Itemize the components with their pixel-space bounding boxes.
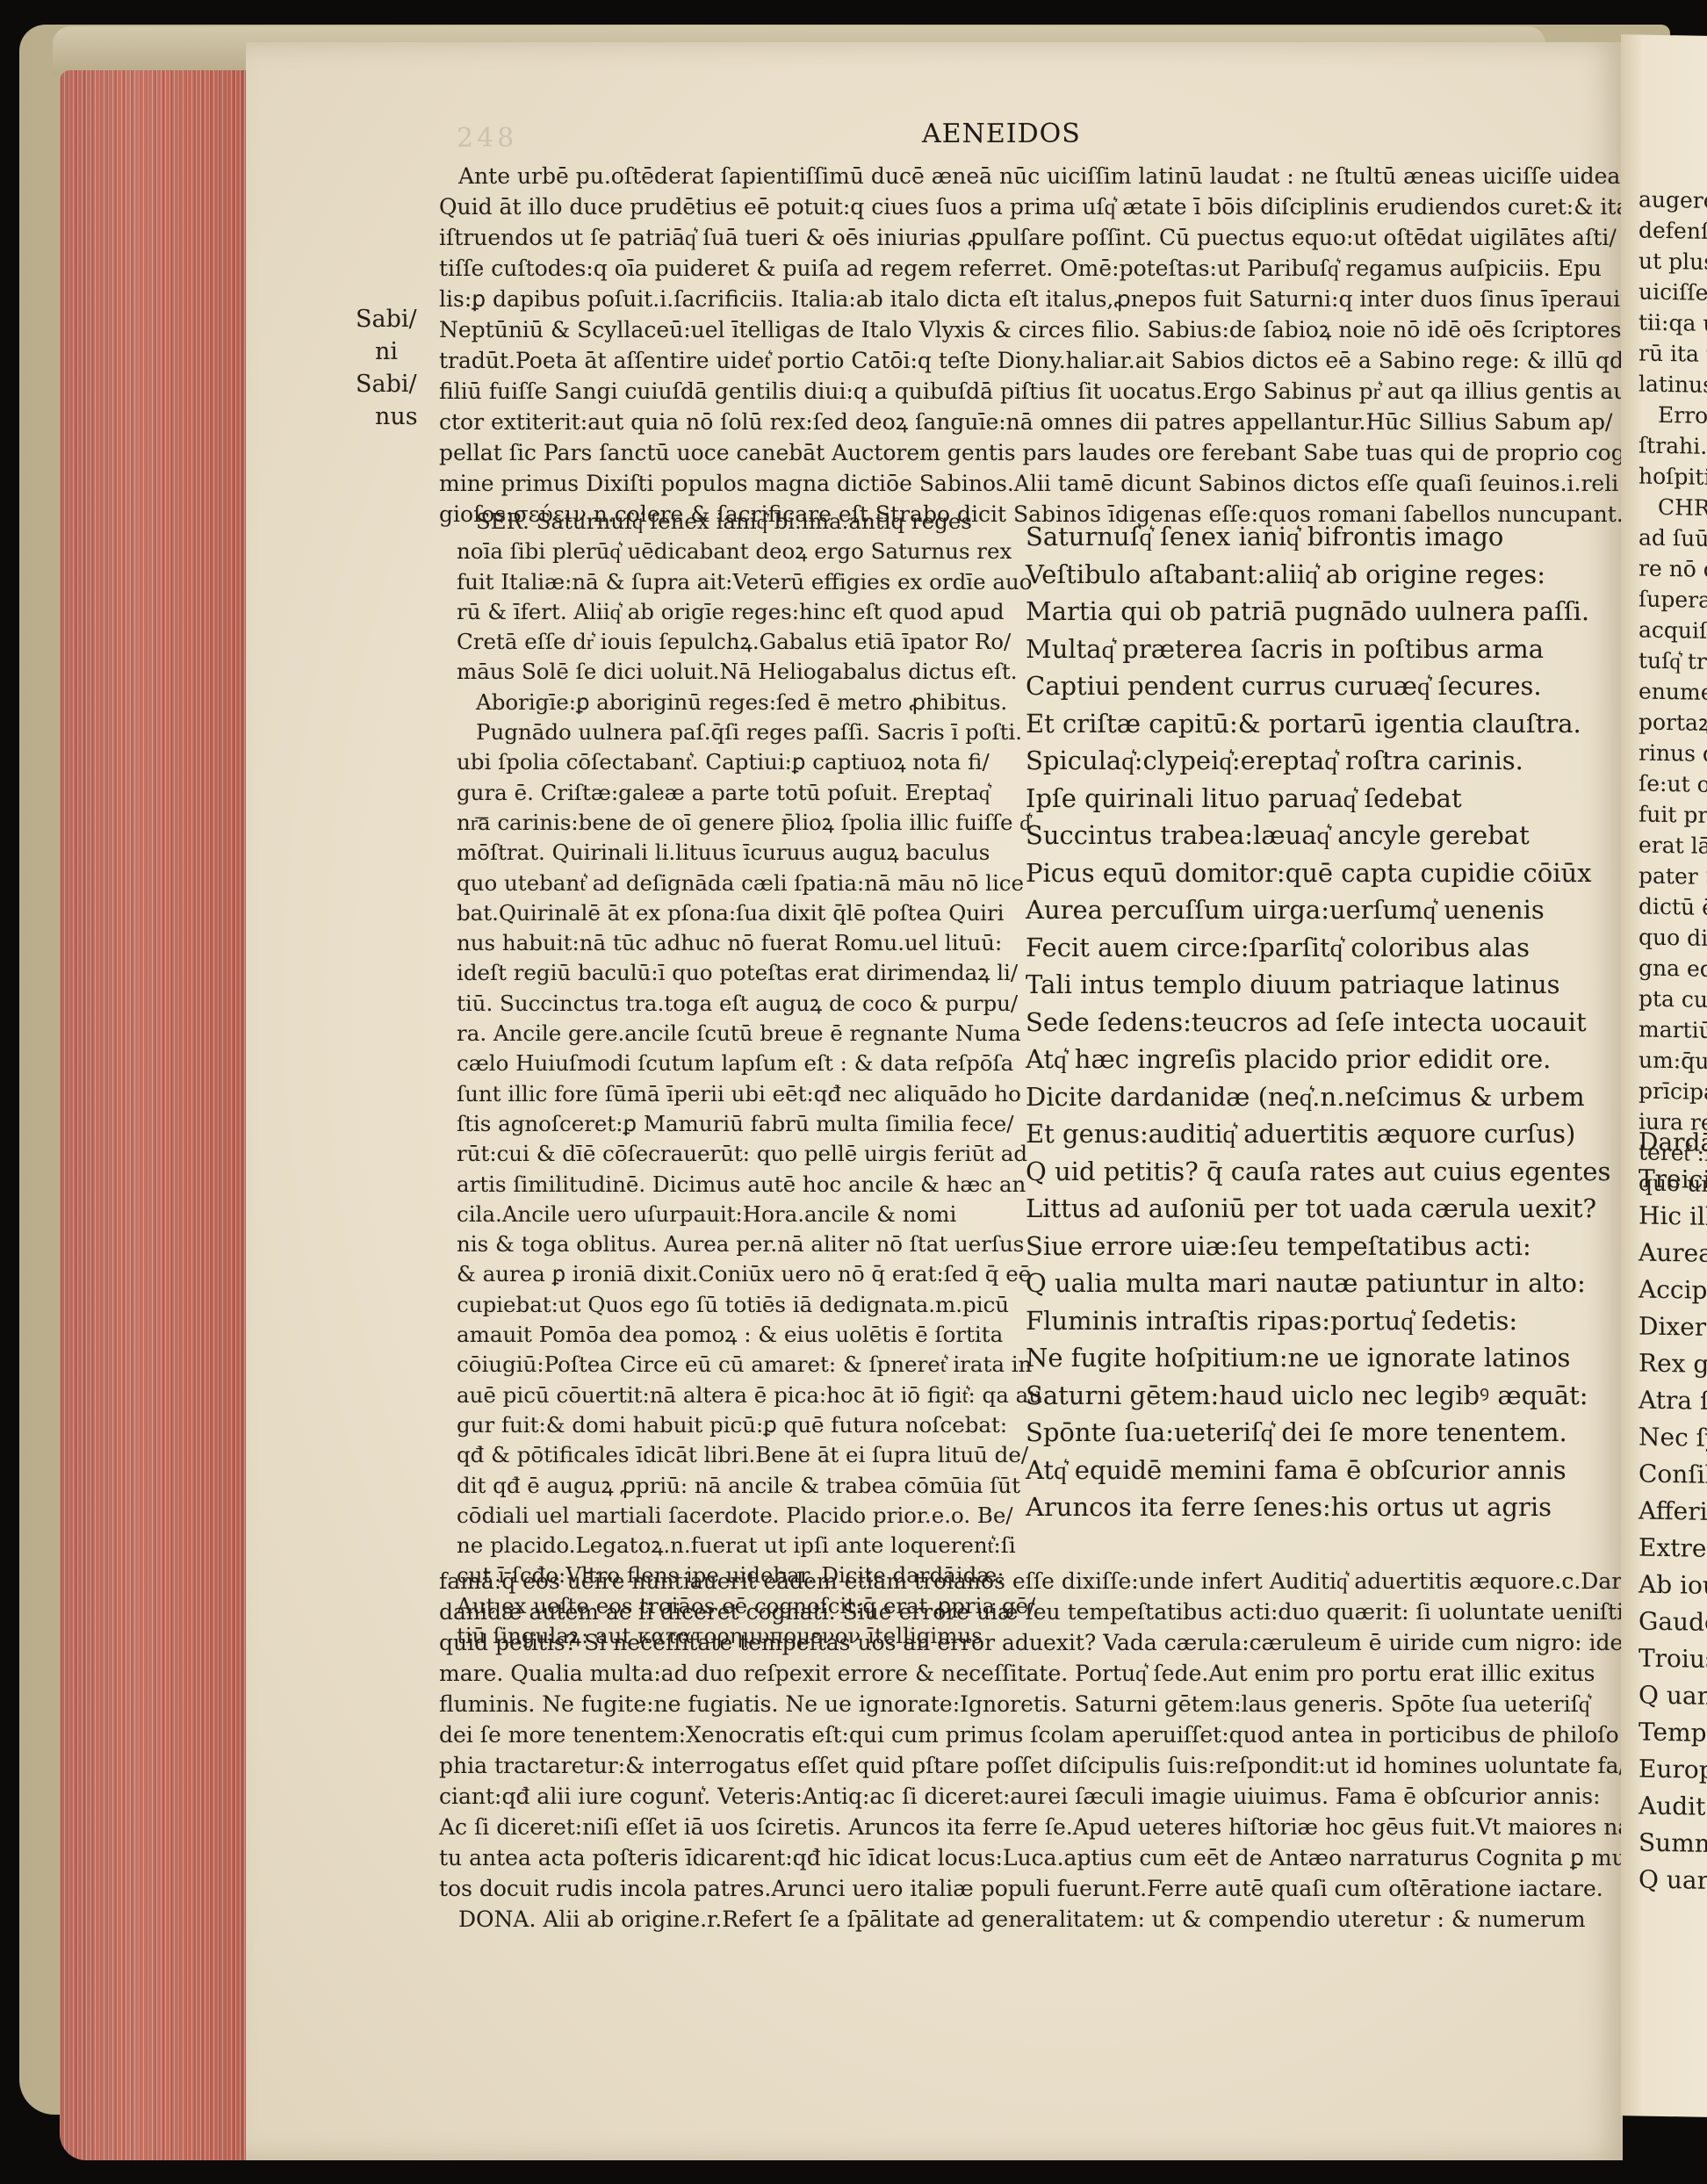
facing-verse-line: Dixerat [1639,1308,1707,1346]
text-line: mine primus Dixiſti populos magna dictiō… [439,468,1581,499]
facing-line: defenſio [1639,214,1707,247]
facing-verse-line: Ab ioue [1639,1566,1707,1604]
verse-line: Succintus trabea:læuaq͛ ancyle gerebat [1026,817,1588,854]
commentary-line: tiū. Succinctus tra.toga eſt auguꝝ de co… [457,989,1019,1019]
text-line: dei ſe more tenentem:Xenocratis eſt:qui … [439,1719,1581,1750]
text-line: ciant:qđ alii iure cogunt͛. Veteris:Anti… [439,1781,1581,1812]
text-line: iſtruendos ut ſe patriāq͛ ſuā tueri & oē… [439,222,1581,253]
commentary-line: cila.Ancile uero uſurpauit:Hora.ancile &… [457,1200,1019,1229]
verse-line: Saturni gētem:haud uiclo nec legibꝰ æquā… [1026,1377,1588,1415]
text-line: tiſſe cuſtodes:q oīa puideret & puiſa ad… [439,253,1581,284]
facing-line: Errore [1639,399,1707,431]
marginal-line: nus [356,400,418,433]
text-line: Quid āt illo duce prudētius eē potuit:q … [439,191,1581,222]
facing-line: ut plus a [1639,245,1707,278]
running-head: AENEIDOS [922,119,1081,149]
facing-verse-line: Hic illu [1639,1197,1707,1236]
top-commentary: Ante urbē pu.oſtēderat ſapientiſſimū duc… [439,161,1581,530]
text-line: pellat ſic Pars ſanctū uoce canebāt Auct… [439,437,1581,468]
red-page-edges [60,70,263,2160]
facing-verse-line: Summ [1639,1824,1707,1863]
facing-verse-line: Tempe [1639,1713,1707,1752]
verse-line: Atq͛ equidē memini fama ē obſcurior anni… [1026,1452,1588,1489]
facing-line: gna eque [1639,952,1707,984]
verse-line: Picus equū domitor:quē capta cupidie cōi… [1026,854,1588,892]
commentary-line: cælo Huiuſmodi ſcutum lapſum eſt : & dat… [457,1049,1019,1078]
verse-line: Fecit auem circe:ſparſitq͛ coloribus ala… [1026,929,1588,967]
commentary-line: māus Solē ſe dici uoluit.Nā Heliogabalus… [457,657,1019,687]
facing-line: pater Ste [1639,860,1707,892]
show-through-page-number: 248 [457,123,517,154]
commentary-line: amauit Pomōa dea pomoꝝ : & eius uolētis … [457,1320,1019,1350]
verse-line: Q uid petitis? q̄ cauſa rates aut cuius … [1026,1153,1588,1191]
facing-line: re nō dul [1639,552,1707,585]
commentary-line: fuit Italiæ:nā & ſupra ait:Veterū effigi… [457,567,1019,597]
facing-verse-line: Extrem [1639,1529,1707,1568]
commentary-line: ſtis agnoſceret:ꝑ Mamuriū fabrū multa ſi… [457,1109,1019,1139]
text-line: ctor extiterit:aut quia nō ſolū rex:ſed … [439,407,1581,437]
facing-verse-line: Treicia [1639,1160,1707,1199]
commentary-line: & aurea ꝑ ironiā dixit.Coniūx uero nō q̄… [457,1259,1019,1289]
verse-line: Atq͛ hæc ingreſis placido prior edidit o… [1026,1041,1588,1078]
facing-verse-line: Conſilic [1639,1455,1707,1494]
commentary-line: ne placido.Legatoꝝ.n.fuerat ut ipſi ante… [457,1531,1019,1561]
text-line: tradūt.Poeta āt aſſentire uidet͛ portio … [439,345,1581,376]
facing-page-verse: DardāuTreiciaHic illuAurea nAccipitDixer… [1639,1123,1707,1899]
verse-column: Saturnuſq͛ ſenex ianiq͛ bifrontis imagoV… [1026,518,1588,1526]
commentary-line: cōdiali uel martiali ſacerdote. Placido … [457,1501,1019,1531]
marginal-line: ni [356,335,418,368]
commentary-line: gura ē. Criſtæ:galeæ a parte totū poſuit… [457,778,1019,808]
facing-line: acquiſiue [1639,614,1707,646]
text-line: fluminis. Ne fugite:ne fugiatis. Ne ue i… [439,1689,1581,1719]
text-line: danidæ autem ac ſi diceret cognati. Siue… [439,1597,1581,1627]
verse-line: Multaq͛ præterea ſacris in poſtibus arma [1026,631,1588,668]
text-line: famā:q̄ eos uēire nuntiauerit eādem etia… [439,1566,1581,1597]
commentary-line: nus habuit:nā tūc adhuc nō fuerat Romu.u… [457,928,1019,958]
text-line: lis:ꝑ dapibus poſuit.i.ſacrificiis. Ital… [439,284,1581,314]
facing-verse-line: Dardāu [1639,1123,1707,1162]
verse-line: Fluminis intraſtis ripas:portuq͛ ſedetis… [1026,1302,1588,1340]
verse-line: Et criſtæ capitū:& portarū igentia clauſ… [1026,705,1588,743]
commentary-line: Cretā eſſe dr͛ iouis ſepulchꝝ.Gabalus et… [457,627,1019,657]
facing-verse-line: Europa [1639,1750,1707,1789]
verse-line: Spōnte ſua:ueteriſq͛ dei ſe more tenente… [1026,1414,1588,1452]
facing-line: erat lāpe [1639,829,1707,861]
facing-verse-line: Aurea n [1639,1234,1707,1272]
verse-line: Captiui pendent currus curuæq͛ ſecures. [1026,667,1588,705]
text-line: Neptūniū & Scyllaceū:uel ītelligas de It… [439,314,1581,345]
facing-line: fuit prim [1639,798,1707,831]
commentary-line: ubi ſpolia cōſectabant͛. Captiui:ꝑ capti… [457,747,1019,777]
commentary-column: SER. Saturnuſq͛ ſenex ianiq͛ bi.ima.anti… [457,507,1019,1651]
facing-verse-line: Gaudet [1639,1603,1707,1641]
verse-line: Saturnuſq͛ ſenex ianiq͛ bifrontis imago [1026,518,1588,556]
facing-verse-line: Nec ſyc [1639,1418,1707,1457]
commentary-line: qđ & pōtificales īdicāt libri.Bene āt ei… [457,1440,1019,1470]
facing-verse-line: Rex gē [1639,1344,1707,1383]
facing-line: enumera [1639,675,1707,708]
commentary-line: auē picū cōuertit:nā altera ē pica:hoc ā… [457,1380,1019,1410]
facing-line: rinus dic [1639,737,1707,769]
facing-line: tuſq͛ tre [1639,645,1707,677]
verse-line: Sede ſedens:teucros ad ſeſe intecta uoca… [1026,1004,1588,1042]
text-line: mare. Qualia multa:ad duo reſpexit error… [439,1658,1581,1689]
commentary-line: dit qđ ē auguꝝ ꝓpriū: nā ancile & trabea… [457,1471,1019,1501]
commentary-line: ideſt regiū baculū:ī quo poteſtas erat d… [457,958,1019,988]
bottom-commentary: famā:q̄ eos uēire nuntiauerit eādem etia… [439,1566,1581,1935]
commentary-line: nis & toga oblitus. Aurea per.nā aliter … [457,1229,1019,1259]
facing-verse-line: Atra ſul [1639,1381,1707,1420]
facing-line: hoſpitiu [1639,460,1707,493]
facing-line: ad ſuū cō [1639,522,1707,554]
facing-line: dictū ē. [1639,890,1707,923]
recto-page-edge: augeret.defenſiout plus auiciſſe.tii:qa … [1621,34,1707,2117]
commentary-line: cupiebat:ut Quos ego ſū totiēs iā dedign… [457,1290,1019,1320]
commentary-line: SER. Saturnuſq͛ ſenex ianiq͛ bi.ima.anti… [457,507,1019,537]
commentary-line: quo utebant͛ ad deſignāda cæli ſpatia:nā… [457,869,1019,898]
text-line: DONA. Alii ab origine.r.Refert ſe a ſpāl… [439,1904,1581,1935]
commentary-line: ſunt illic fore ſūmā īperii ubi eēt:qđ n… [457,1079,1019,1109]
facing-line: rū ita tra [1639,337,1707,370]
commentary-line: nr͞a carinis:bene de oī genere p̄lioꝝ ſp… [457,808,1019,838]
facing-line: ſuperaſſe [1639,583,1707,616]
facing-line: tii:qa ue [1639,306,1707,339]
commentary-line: gur fuit:& domi habuit picū:ꝑ quē futura… [457,1410,1019,1440]
text-line: quid petitis? Si neceſſitate tempeſtas u… [439,1627,1581,1658]
facing-line: pta cupi [1639,983,1707,1015]
marginal-note: Sabi/niSabi/nus [356,303,418,433]
verse-line: Aurea percuſſum uirga:uerſumq͛ uenenis [1026,891,1588,929]
facing-verse-line: Q uar [1639,1861,1707,1899]
verse-line: Siue errore uiæ:ſeu tempeſtatibus acti: [1026,1228,1588,1265]
facing-line: ſe:ut oſte [1639,768,1707,800]
facing-verse-line: Q uan [1639,1676,1707,1715]
commentary-line: noīa ſibi plerūq͛ uēdicabant deoꝝ ergo S… [457,537,1019,566]
facing-line: CHRI. [1639,491,1707,523]
commentary-line: mōſtrat. Quirinali li.lituus īcuruus aug… [457,838,1019,868]
text-line: phia tractaretur:& interrogatus eſſet qu… [439,1750,1581,1781]
marginal-line: Sabi/ [356,303,418,335]
facing-line: portaꝝ:e [1639,706,1707,739]
commentary-line: rūt:cui & dīē cōſecrauerūt: quo pellē ui… [457,1139,1019,1169]
facing-line: augeret. [1639,184,1707,216]
commentary-line: cōiugiū:Poſtea Circe eū cū amaret: & ſpn… [457,1350,1019,1380]
verse-line: Spiculaq͛:clypeiq͛:ereptaq͛ roſtra carin… [1026,742,1588,780]
commentary-line: ra. Ancile gere.ancile ſcutū breue ē reg… [457,1019,1019,1049]
verse-line: Ne fugite hoſpitium:ne ue ignorate latin… [1026,1339,1588,1377]
commentary-line: Pugnādo uulnera paſ.q̄ſi reges paſſi. Sa… [457,717,1019,747]
verse-line: Et genus:auditiq͛ aduertitis æquore curſ… [1026,1115,1588,1153]
commentary-line: Aborigīe:ꝑ aboriginū reges:ſed ē metro ꝓ… [457,688,1019,717]
facing-line: uiciſſe. [1639,276,1707,308]
commentary-line: bat.Quirinalē āt ex pſona:ſua dixit q̄lē… [457,898,1019,928]
verse-line: Littus ad auſoniū per tot uada cærula ue… [1026,1190,1588,1228]
text-line: filiū fuiſſe Sangi cuiuſdā gentilis diui… [439,376,1581,407]
verse-line: Tali intus templo diuum patriaque latinu… [1026,966,1588,1004]
verse-line: Ipſe quirinali lituo paruaq͛ ſedebat [1026,780,1588,818]
text-line: Ac ſi diceret:niſi eſſet iā uos ſciretis… [439,1812,1581,1842]
verse-line: Dicite dardanidæ (neq͛.n.neſcimus & urbe… [1026,1078,1588,1116]
facing-line: prīcipal [1639,1075,1707,1107]
verse-line: Martia qui ob patriā pugnādo uulnera paſ… [1026,593,1588,631]
commentary-line: artis ſimilitudinē. Dicimus autē hoc anc… [457,1170,1019,1200]
facing-page-commentary: augeret.defenſiout plus auiciſſe.tii:qa … [1639,184,1707,1200]
facing-verse-line: Troius : [1639,1640,1707,1678]
facing-verse-line: Afferim [1639,1492,1707,1531]
verse-line: Q ualia multa mari nautæ patiuntur in al… [1026,1265,1588,1302]
text-line: Ante urbē pu.oſtēderat ſapientiſſimū duc… [439,161,1581,191]
facing-line: um:q̄ui [1639,1044,1707,1077]
facing-verse-line: Audit: [1639,1787,1707,1826]
text-line: tu antea acta poſteris īdicarent:qđ hic … [439,1842,1581,1873]
text-line: tos docuit rudis incola patres.Arunci ue… [439,1873,1581,1904]
facing-line: quo dice [1639,921,1707,954]
facing-line: latinus:q [1639,368,1707,400]
facing-verse-line: Accipit [1639,1271,1707,1309]
facing-line: martiū. [1639,1013,1707,1046]
commentary-line: rū & īfert. Aliiq͛ ab origīe reges:hinc … [457,597,1019,627]
marginal-line: Sabi/ [356,368,418,400]
verse-line: Aruncos ita ferre ſenes:his ortus ut agr… [1026,1488,1588,1526]
verse-line: Veſtibulo aſtabant:aliiq͛ ab origine reg… [1026,556,1588,594]
facing-line: ſtrahi. N [1639,429,1707,462]
